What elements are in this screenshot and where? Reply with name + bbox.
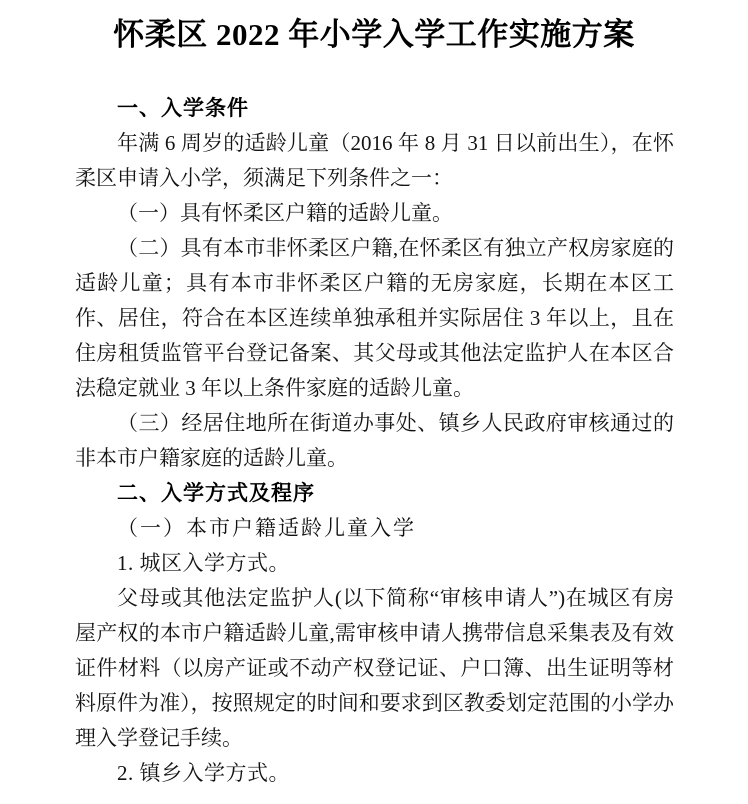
paragraph-item-urban-method: 1. 城区入学方式。 [75, 546, 674, 581]
document-title: 怀柔区 2022 年小学入学工作实施方案 [10, 14, 738, 56]
paragraph-condition-3: （三）经居住地所在街道办事处、镇乡人民政府审核通过的非本市户籍家庭的适龄儿童。 [75, 406, 674, 476]
paragraph-condition-2: （二）具有本市非怀柔区户籍,在怀柔区有独立产权房家庭的适龄儿童；具有本市非怀柔区… [75, 231, 674, 406]
subsection-heading-local-household: （一）本市户籍适龄儿童入学 [75, 511, 674, 546]
paragraph-condition-1: （一）具有怀柔区户籍的适龄儿童。 [75, 196, 674, 231]
section-heading-enrollment-methods: 二、入学方式及程序 [75, 476, 674, 511]
paragraph-intro: 年满 6 周岁的适龄儿童（2016 年 8 月 31 日以前出生），在怀柔区申请… [75, 126, 674, 196]
paragraph-item-township-method: 2. 镇乡入学方式。 [75, 756, 674, 791]
paragraph-urban-method-detail: 父母或其他法定监护人(以下简称“审核申请人”)在城区有房屋产权的本市户籍适龄儿童… [75, 581, 674, 756]
document-body: 一、入学条件 年满 6 周岁的适龄儿童（2016 年 8 月 31 日以前出生）… [75, 91, 674, 791]
document-page: 怀柔区 2022 年小学入学工作实施方案 一、入学条件 年满 6 周岁的适龄儿童… [0, 0, 748, 804]
section-heading-enrollment-conditions: 一、入学条件 [75, 91, 674, 126]
